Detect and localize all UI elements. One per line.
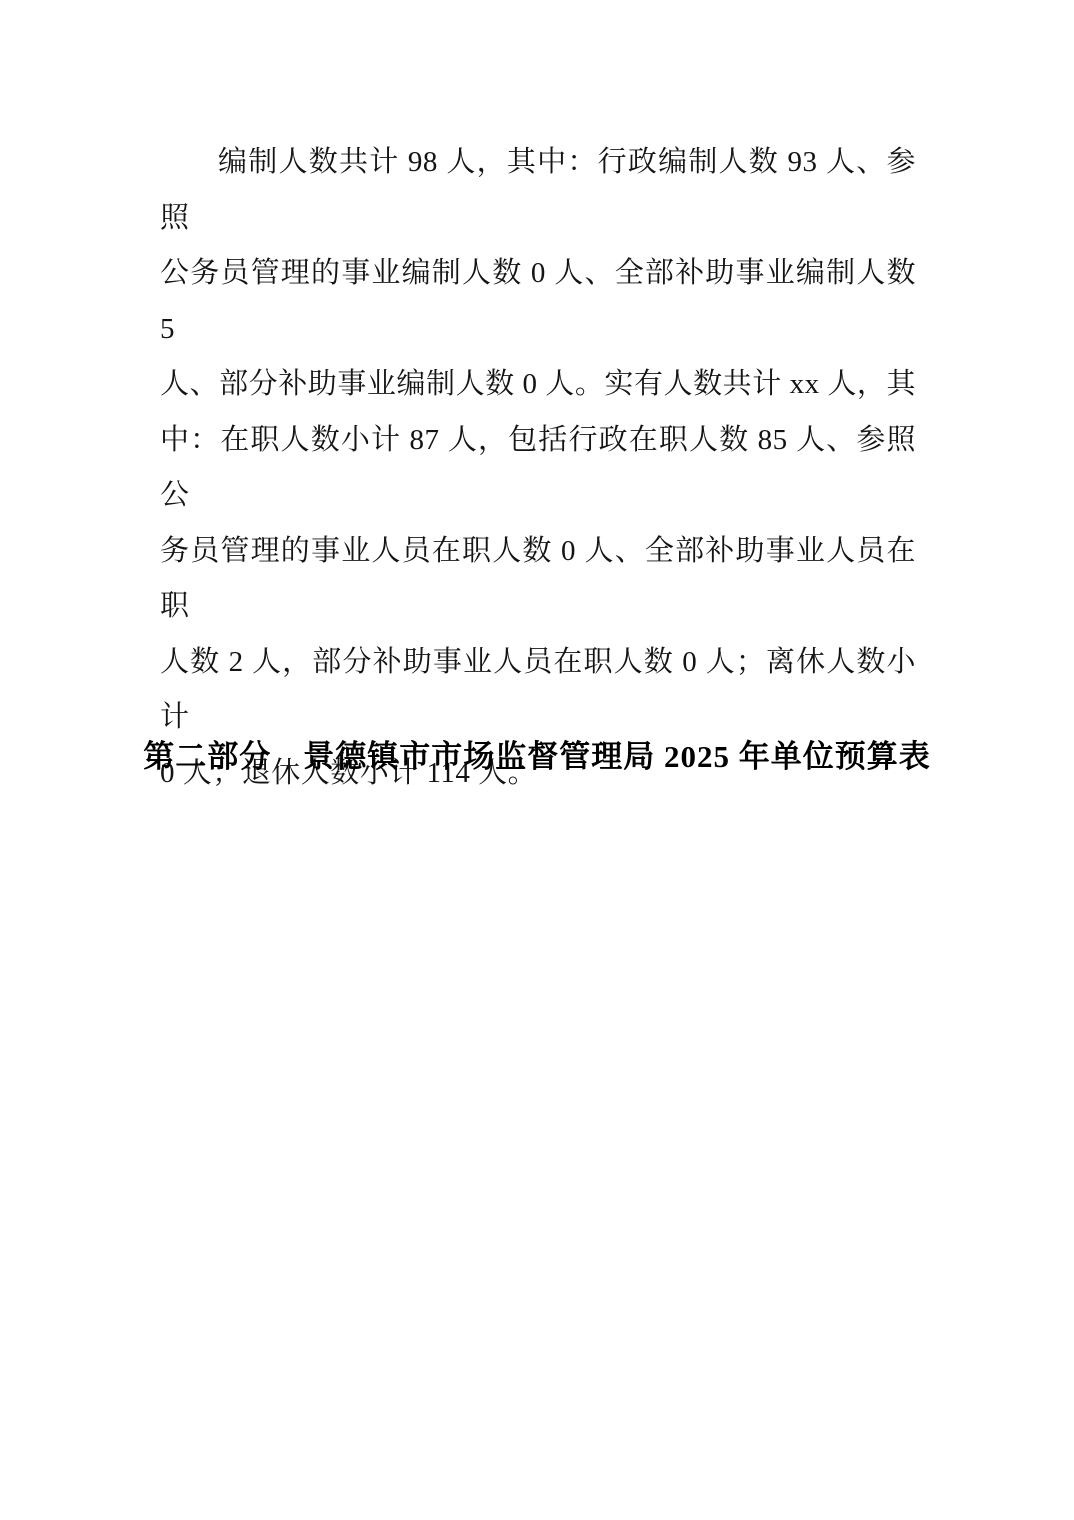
document-page: 编制人数共计 98 人，其中：行政编制人数 93 人、参照 公务员管理的事业编制… <box>0 0 1074 1520</box>
paragraph-line: 公务员管理的事业编制人数 0 人、全部补助事业编制人数 5 <box>160 246 916 357</box>
paragraph-line: 务员管理的事业人员在职人数 0 人、全部补助事业人员在职 <box>160 524 916 635</box>
paragraph-line: 人数 2 人，部分补助事业人员在职人数 0 人；离休人数小计 <box>160 635 916 746</box>
paragraph-line: 编制人数共计 98 人，其中：行政编制人数 93 人、参照 <box>160 135 916 246</box>
body-paragraph: 编制人数共计 98 人，其中：行政编制人数 93 人、参照 公务员管理的事业编制… <box>160 135 916 801</box>
paragraph-line: 人、部分补助事业编制人数 0 人。实有人数共计 xx 人，其 <box>160 357 916 413</box>
paragraph-line: 中：在职人数小计 87 人，包括行政在职人数 85 人、参照公 <box>160 413 916 524</box>
section-heading: 第二部分 景德镇市市场监督管理局 2025 年单位预算表 <box>0 735 1074 779</box>
